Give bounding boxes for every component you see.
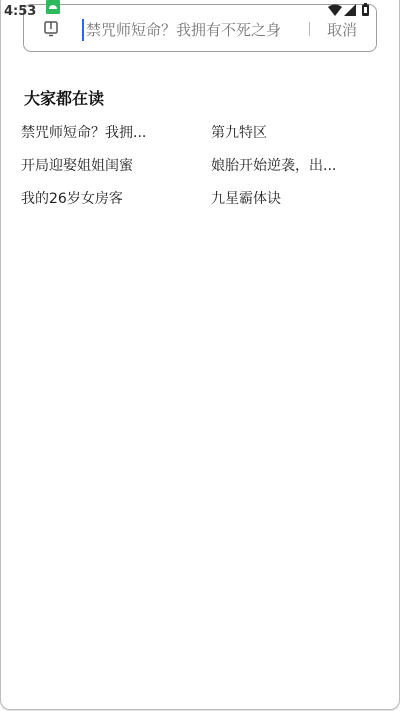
search-input[interactable] [82, 19, 316, 41]
book-link[interactable]: 禁咒师短命？我拥... [21, 122, 211, 144]
status-icons [328, 1, 369, 20]
divider [309, 22, 310, 36]
android-notification-icon [46, 0, 60, 14]
book-link[interactable]: 娘胎开始逆袭，出... [211, 155, 381, 177]
section-title: 大家都在读 [24, 86, 104, 109]
book-link[interactable]: 第九特区 [211, 122, 381, 144]
battery-icon [362, 1, 369, 20]
popular-books-list: 禁咒师短命？我拥... 第九特区 开局迎娶姐姐闺蜜 娘胎开始逆袭，出... 我的… [21, 122, 381, 210]
book-link[interactable]: 开局迎娶姐姐闺蜜 [21, 155, 211, 177]
status-time: 4:53 [4, 4, 36, 19]
cancel-button[interactable]: 取消 [327, 19, 357, 40]
search-bar: 取消 [23, 4, 377, 52]
wifi-icon [328, 1, 342, 20]
book-link[interactable]: 九星霸体诀 [211, 188, 381, 210]
signal-icon [344, 1, 356, 20]
app-screen: 4:53 取消 大家都在读 禁咒师短命？我拥... 第九特区 开局迎娶姐姐闺蜜 … [0, 0, 400, 710]
book-icon[interactable] [44, 21, 58, 37]
book-link[interactable]: 我的26岁女房客 [21, 188, 211, 210]
